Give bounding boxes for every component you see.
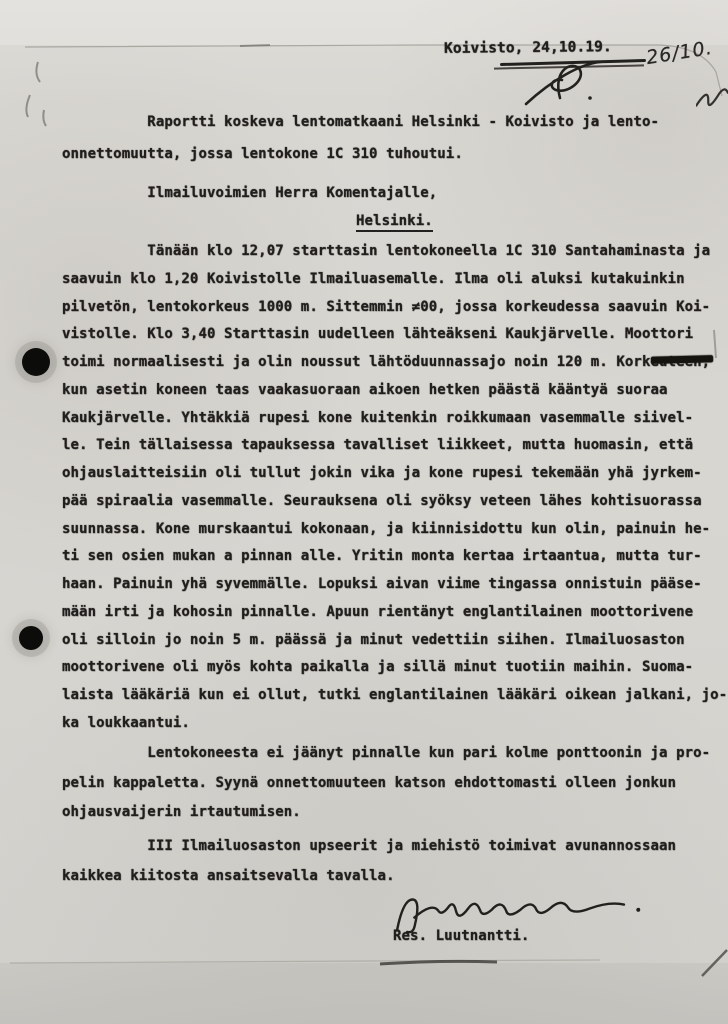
- subject-paragraph: Raportti koskeva lentomatkaani Helsinki …: [62, 106, 712, 170]
- smudge-marks: [26, 62, 46, 126]
- scanned-document-page: Koivisto, 24,10.19. 26/10. Raportti kosk…: [0, 0, 728, 1024]
- punch-hole-top: [22, 348, 50, 376]
- signer-title: Res. Luutnantti.: [393, 928, 529, 944]
- addressee-line: Ilmailuvoimien Herra Komentajalle,: [62, 179, 437, 207]
- addressee-city: Helsinki.: [356, 213, 433, 232]
- handwritten-initial-flourish: [522, 58, 622, 108]
- punch-hole-bottom: [19, 626, 43, 650]
- report-body: Tänään klo 12,07 starttasin lentokoneell…: [62, 238, 728, 738]
- location-date: Koivisto, 24,10.19.: [444, 39, 612, 57]
- wreck-paragraph: Lentokoneesta ei jäänyt pinnalle kun par…: [62, 739, 722, 828]
